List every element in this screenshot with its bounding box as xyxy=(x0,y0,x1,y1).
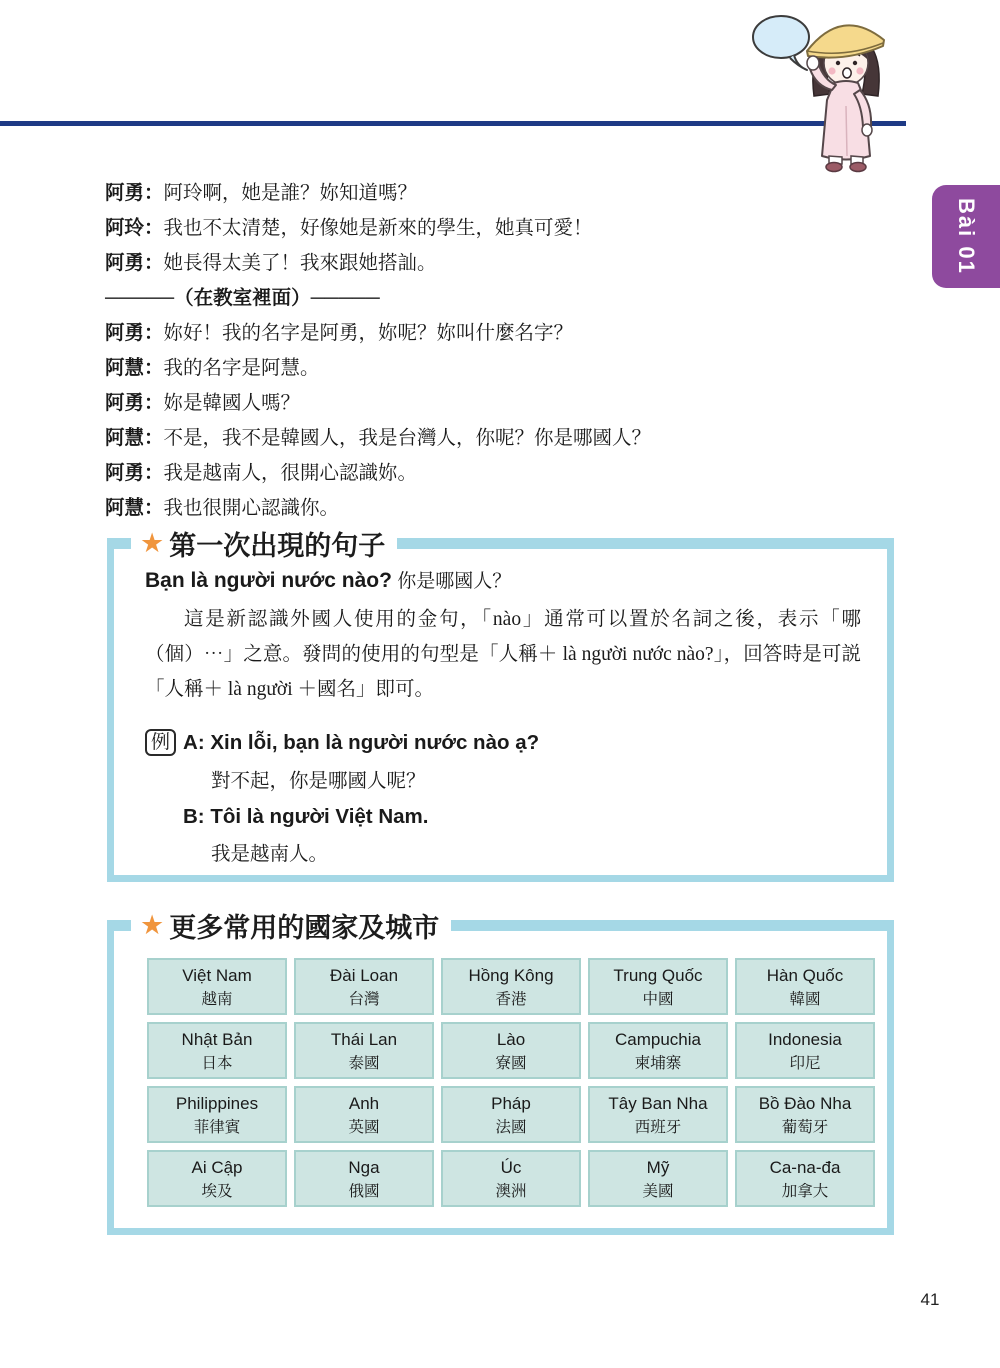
countries-box: ★ 更多常用的國家及城市 Việt Nam越南Đài Loan台灣Hồng Kô… xyxy=(107,925,894,1235)
dialogue-line: 阿慧：我的名字是阿慧。 xyxy=(105,351,915,386)
country-cell: Philippines菲律賓 xyxy=(147,1086,287,1143)
dialogue-line: 阿勇：她長得太美了！我來跟她搭訕。 xyxy=(105,246,915,281)
dialogue-line: 阿慧：我也很開心認識你。 xyxy=(105,491,915,526)
country-name-vietnamese: Ca-na-đa xyxy=(737,1156,873,1180)
country-name-vietnamese: Indonesia xyxy=(737,1028,873,1052)
country-name-chinese: 葡萄牙 xyxy=(737,1116,873,1140)
country-name-chinese: 埃及 xyxy=(149,1180,285,1204)
country-cell: Pháp法國 xyxy=(441,1086,581,1143)
countries-box-title-row: ★ 更多常用的國家及城市 xyxy=(107,908,894,942)
star-icon: ★ xyxy=(140,910,164,941)
sentence-box-title-row: ★ 第一次出現的句子 xyxy=(107,526,894,560)
example-a-vietnamese: A: Xin lỗi, bạn là người nước nào ạ? xyxy=(183,731,539,755)
speaker-name: 阿慧： xyxy=(105,498,164,519)
speaker-name: 阿勇： xyxy=(105,253,164,274)
country-name-vietnamese: Mỹ xyxy=(590,1156,726,1180)
country-name-chinese: 印尼 xyxy=(737,1052,873,1076)
example-block: 例 A: Xin lỗi, bạn là người nước nào ạ? 對… xyxy=(145,729,861,866)
speaker-name: 阿勇： xyxy=(105,323,164,344)
country-name-chinese: 韓國 xyxy=(737,988,873,1012)
country-name-chinese: 寮國 xyxy=(443,1052,579,1076)
country-cell: Úc澳洲 xyxy=(441,1150,581,1207)
explanation-paragraph: 這是新認識外國人使用的金句，「nào」通常可以置於名詞之後，表示「哪（個）⋯」之… xyxy=(145,602,861,707)
country-cell: Indonesia印尼 xyxy=(735,1022,875,1079)
country-name-chinese: 台灣 xyxy=(296,988,432,1012)
dialogue-separator: ─────（在教室裡面）───── xyxy=(105,281,915,316)
country-name-vietnamese: Tây Ban Nha xyxy=(590,1092,726,1116)
country-name-vietnamese: Campuchia xyxy=(590,1028,726,1052)
girl-figure xyxy=(807,25,884,171)
title-bar-fill xyxy=(451,920,894,931)
dialogue-line: 阿玲：我也不太清楚，好像她是新來的學生，她真可愛！ xyxy=(105,211,915,246)
speaker-name: 阿慧： xyxy=(105,358,164,379)
example-badge: 例 xyxy=(145,729,176,756)
lesson-tab: Bài 01 xyxy=(932,185,1000,288)
sentence-box-title: 第一次出現的句子 xyxy=(169,524,385,563)
country-name-vietnamese: Trung Quốc xyxy=(590,964,726,988)
country-name-chinese: 日本 xyxy=(149,1052,285,1076)
country-name-vietnamese: Lào xyxy=(443,1028,579,1052)
country-name-vietnamese: Nga xyxy=(296,1156,432,1180)
sentence-box: ★ 第一次出現的句子 Bạn là người nước nào? 你是哪國人？… xyxy=(107,543,894,882)
dialogue-line: 阿慧：不是，我不是韓國人，我是台灣人，你呢？你是哪國人？ xyxy=(105,421,915,456)
dialogue-section: 阿勇：阿玲啊，她是誰？妳知道嗎？阿玲：我也不太清楚，好像她是新來的學生，她真可愛… xyxy=(105,176,915,526)
speaker-name: 阿勇： xyxy=(105,393,164,414)
dialogue-line: 阿勇：我是越南人，很開心認識妳。 xyxy=(105,456,915,491)
key-sentence-chinese: 你是哪國人？ xyxy=(397,571,511,592)
country-cell: Lào寮國 xyxy=(441,1022,581,1079)
country-name-chinese: 美國 xyxy=(590,1180,726,1204)
country-cell: Hồng Kông香港 xyxy=(441,958,581,1015)
country-name-chinese: 柬埔寨 xyxy=(590,1052,726,1076)
country-name-vietnamese: Thái Lan xyxy=(296,1028,432,1052)
country-name-vietnamese: Hồng Kông xyxy=(443,964,579,988)
country-name-chinese: 加拿大 xyxy=(737,1180,873,1204)
country-name-chinese: 越南 xyxy=(149,988,285,1012)
example-line-a: 例 A: Xin lỗi, bạn là người nước nào ạ? xyxy=(145,729,861,756)
speaker-name: 阿玲： xyxy=(105,218,164,239)
country-cell: Campuchia柬埔寨 xyxy=(588,1022,728,1079)
key-sentence-vietnamese: Bạn là người nước nào? xyxy=(145,569,392,592)
title-bar-stub xyxy=(107,538,131,549)
country-name-vietnamese: Ai Cập xyxy=(149,1156,285,1180)
country-name-chinese: 香港 xyxy=(443,988,579,1012)
country-cell: Thái Lan泰國 xyxy=(294,1022,434,1079)
textbook-page: Bài 01 阿勇：阿玲啊，她是誰？妳知道嗎？阿玲：我也不太清楚，好像她是新來的… xyxy=(0,0,1000,1368)
country-cell: Việt Nam越南 xyxy=(147,958,287,1015)
example-b-vietnamese: B: Tôi là người Việt Nam. xyxy=(183,805,861,829)
country-name-chinese: 澳洲 xyxy=(443,1180,579,1204)
country-cell: Nhật Bản日本 xyxy=(147,1022,287,1079)
speaker-name: 阿勇： xyxy=(105,183,164,204)
speech-bubble-icon xyxy=(753,16,809,70)
example-b-chinese: 我是越南人。 xyxy=(211,838,861,866)
country-name-chinese: 泰國 xyxy=(296,1052,432,1076)
country-name-vietnamese: Philippines xyxy=(149,1092,285,1116)
country-name-chinese: 英國 xyxy=(296,1116,432,1140)
country-cell: Bồ Đào Nha葡萄牙 xyxy=(735,1086,875,1143)
sentence-box-body: Bạn là người nước nào? 你是哪國人？ 這是新認識外國人使用… xyxy=(114,543,887,866)
country-name-vietnamese: Pháp xyxy=(443,1092,579,1116)
countries-box-title: 更多常用的國家及城市 xyxy=(169,906,439,945)
title-bar-fill xyxy=(397,538,894,549)
country-cell: Anh英國 xyxy=(294,1086,434,1143)
speaker-name: 阿慧： xyxy=(105,428,164,449)
country-cell: Nga俄國 xyxy=(294,1150,434,1207)
country-name-chinese: 法國 xyxy=(443,1116,579,1140)
country-name-chinese: 中國 xyxy=(590,988,726,1012)
country-name-vietnamese: Đài Loan xyxy=(296,964,432,988)
country-cell: Tây Ban Nha西班牙 xyxy=(588,1086,728,1143)
country-name-chinese: 西班牙 xyxy=(590,1116,726,1140)
country-name-vietnamese: Hàn Quốc xyxy=(737,964,873,988)
dialogue-line: 阿勇：妳好！我的名字是阿勇，妳呢？妳叫什麼名字？ xyxy=(105,316,915,351)
dialogue-line: 阿勇：妳是韓國人嗎？ xyxy=(105,386,915,421)
countries-grid: Việt Nam越南Đài Loan台灣Hồng Kông香港Trung Quố… xyxy=(147,958,875,1207)
speaker-name: 阿勇： xyxy=(105,463,164,484)
country-name-vietnamese: Úc xyxy=(443,1156,579,1180)
country-cell: Mỹ美國 xyxy=(588,1150,728,1207)
country-name-vietnamese: Bồ Đào Nha xyxy=(737,1092,873,1116)
aodai-girl-illustration xyxy=(750,6,906,174)
country-cell: Ca-na-đa加拿大 xyxy=(735,1150,875,1207)
country-cell: Đài Loan台灣 xyxy=(294,958,434,1015)
country-cell: Trung Quốc中國 xyxy=(588,958,728,1015)
country-name-vietnamese: Anh xyxy=(296,1092,432,1116)
page-number: 41 xyxy=(905,1290,955,1310)
lesson-tab-label: Bài 01 xyxy=(953,198,979,275)
country-cell: Ai Cập埃及 xyxy=(147,1150,287,1207)
example-a-chinese: 對不起，你是哪國人呢？ xyxy=(211,765,861,793)
star-icon: ★ xyxy=(140,528,164,559)
title-bar-stub xyxy=(107,920,131,931)
country-cell: Hàn Quốc韓國 xyxy=(735,958,875,1015)
country-name-chinese: 菲律賓 xyxy=(149,1116,285,1140)
key-sentence: Bạn là người nước nào? 你是哪國人？ xyxy=(145,568,861,595)
country-name-vietnamese: Nhật Bản xyxy=(149,1028,285,1052)
country-name-vietnamese: Việt Nam xyxy=(149,964,285,988)
dialogue-line: 阿勇：阿玲啊，她是誰？妳知道嗎？ xyxy=(105,176,915,211)
country-name-chinese: 俄國 xyxy=(296,1180,432,1204)
